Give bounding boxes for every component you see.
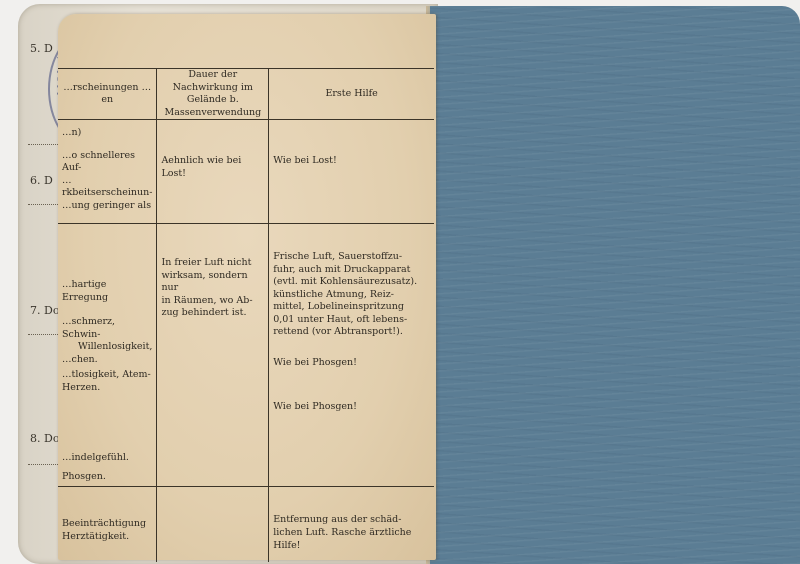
back-item-5: 5. D — [30, 42, 53, 55]
gas-first-aid-table: …rscheinungen …en Dauer der Nachwirkung … — [58, 68, 434, 562]
back-item-6: 6. D — [30, 174, 53, 187]
table-row: …n) …o schnelleres Auf- …rkbeitserschein… — [58, 120, 434, 224]
first-aid-cell: Entfernung aus der schäd- lichen Luft. R… — [269, 487, 434, 562]
table-row: …hartige Erregung …schmerz, Schwin- Will… — [58, 224, 434, 487]
duration-cell: Aehnlich wie bei Lost! — [157, 120, 269, 224]
table-row: Beeinträchtigung Herztätigkeit. Entfernu… — [58, 487, 434, 562]
duration-cell — [157, 487, 269, 562]
blue-cover — [430, 6, 800, 564]
header-duration: Dauer der Nachwirkung im Gelände b. Mass… — [157, 69, 269, 120]
first-aid-cell: Wie bei Lost! — [269, 120, 434, 224]
symptoms-cell: …hartige Erregung …schmerz, Schwin- Will… — [58, 224, 157, 487]
first-aid-cell: Frische Luft, Sauerstoffzu- fuhr, auch m… — [269, 224, 434, 487]
duration-cell: In freier Luft nicht wirksam, sondern nu… — [157, 224, 269, 487]
symptoms-cell: …n) …o schnelleres Auf- …rkbeitserschein… — [58, 120, 157, 224]
header-first-aid: Erste Hilfe — [269, 69, 434, 120]
header-symptoms: …rscheinungen …en — [58, 69, 157, 120]
symptoms-cell: Beeinträchtigung Herztätigkeit. — [58, 487, 157, 562]
